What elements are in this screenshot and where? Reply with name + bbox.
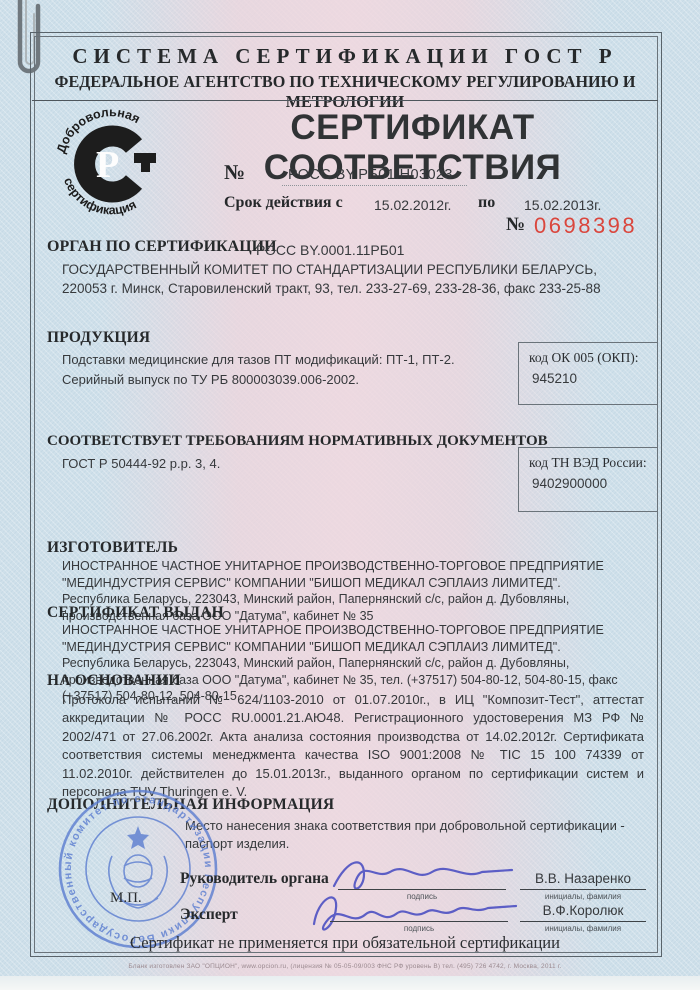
organ-body: ГОСУДАРСТВЕННЫЙ КОМИТЕТ ПО СТАНДАРТИЗАЦИ… <box>62 261 622 299</box>
expert-signature-caption: подпись <box>330 924 508 933</box>
tnved-code-label: код ТН ВЭД России: <box>529 455 649 471</box>
expert-name-line <box>520 921 646 922</box>
scan-edge <box>0 976 700 990</box>
signature-role-head: Руководитель органа <box>180 870 329 888</box>
valid-to-date: 15.02.2013г. <box>524 197 601 213</box>
blank-number-label: № <box>506 214 525 236</box>
head-name-caption: инициалы, фамилия <box>520 892 646 901</box>
issued-line1: ИНОСТРАННОЕ ЧАСТНОЕ УНИТАРНОЕ ПРОИЗВОДСТ… <box>62 622 642 655</box>
tnved-code-value: 9402900000 <box>532 476 649 491</box>
number-label: № <box>224 160 245 185</box>
signature-role-expert: Эксперт <box>180 906 238 924</box>
manufacturer-line1: ИНОСТРАННОЕ ЧАСТНОЕ УНИТАРНОЕ ПРОИЗВОДСТ… <box>62 558 642 591</box>
head-name-line <box>520 889 646 890</box>
rst-voluntary-certification-logo: Добровольная сертификация Р <box>46 106 174 218</box>
gosstandart-stamp-seal: Государственный комитет по стандартизаци… <box>52 786 224 952</box>
okp-code-box: код ОК 005 (ОКП): 945210 <box>518 342 658 405</box>
system-title: СИСТЕМА СЕРТИФИКАЦИИ ГОСТ Р <box>30 44 660 69</box>
header-divider <box>32 100 658 101</box>
product-line2: Серийный выпуск по ТУ РБ 800003039.006-2… <box>62 370 502 390</box>
section-conforms-label: СООТВЕТСТВУЕТ ТРЕБОВАНИЯМ НОРМАТИВНЫХ ДО… <box>47 433 548 450</box>
okp-code-label: код ОК 005 (ОКП): <box>529 350 649 366</box>
valid-from-date: 15.02.2012г. <box>374 197 451 213</box>
stamp-place-label: М.П. <box>110 890 142 907</box>
section-product-label: ПРОДУКЦИЯ <box>47 329 150 347</box>
additional-body: Место нанесения знака соответствия при д… <box>185 817 645 853</box>
logo-t-stem <box>141 153 150 172</box>
section-issued-label: СЕРТИФИКАТ ВЫДАН <box>47 604 224 622</box>
expert-signature-line <box>330 921 508 922</box>
certificate-page: СИСТЕМА СЕРТИФИКАЦИИ ГОСТ Р ФЕДЕРАЛЬНОЕ … <box>0 0 700 990</box>
tnved-code-box: код ТН ВЭД России: 9402900000 <box>518 447 658 512</box>
expert-name: В.Ф.Королюк <box>520 903 646 918</box>
certificate-number: РОСС BY.РБ01.Н03023 <box>282 167 467 186</box>
organ-code: РОСС BY.0001.11РБ01 <box>256 242 404 258</box>
logo-letter-p: Р <box>96 144 119 186</box>
okp-code-value: 945210 <box>532 371 649 386</box>
section-manufacturer-label: ИЗГОТОВИТЕЛЬ <box>47 539 178 557</box>
validity-label: Срок действия с <box>224 194 343 212</box>
section-basis-label: НА ОСНОВАНИИ <box>47 672 181 690</box>
blank-number: 0698398 <box>534 213 637 239</box>
footer-note: Сертификат не применяется при обязательн… <box>32 933 658 953</box>
conforms-body: ГОСТ Р 50444-92 р.р. 3, 4. <box>62 456 492 471</box>
expert-name-caption: инициалы, фамилия <box>520 924 646 933</box>
section-organ-label: ОРГАН ПО СЕРТИФИКАЦИИ <box>47 238 277 256</box>
validity-to-label: по <box>478 194 495 212</box>
product-body: Подставки медицинские для тазов ПТ модиф… <box>62 350 502 390</box>
blank-fine-print: Бланк изготовлен ЗАО "ОПЦИОН", www.opcio… <box>30 963 660 970</box>
product-line1: Подставки медицинские для тазов ПТ модиф… <box>62 350 502 370</box>
head-name: В.В. Назаренко <box>520 871 646 886</box>
